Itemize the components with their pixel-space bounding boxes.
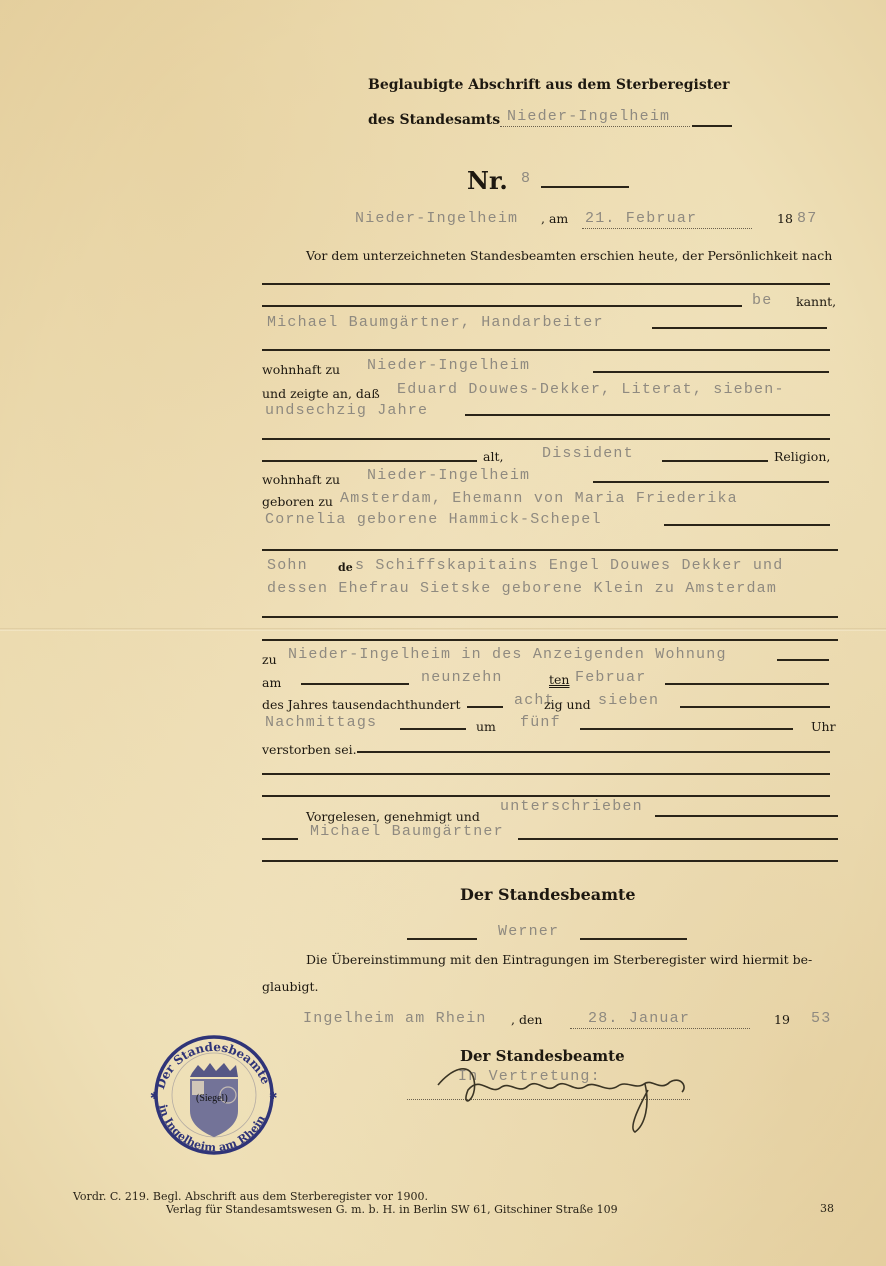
parents-line2: dessen Ehefrau Sietske geborene Klein zu… <box>267 580 777 597</box>
rule-22 <box>357 751 830 753</box>
rule-26 <box>262 838 298 840</box>
hour-value: fünf <box>520 714 561 731</box>
rule-29 <box>407 938 477 940</box>
rule-19 <box>680 706 830 708</box>
svg-text:✱: ✱ <box>269 1091 277 1102</box>
nr-rule <box>541 186 629 188</box>
rule-12 <box>262 549 838 551</box>
rule-17 <box>665 683 829 685</box>
document-title: Beglaubigte Abschrift aus dem Sterberegi… <box>368 77 730 93</box>
informant-residence: Nieder-Ingelheim <box>367 357 530 374</box>
rule-1 <box>262 283 830 285</box>
rule-27 <box>518 838 838 840</box>
svg-text:✱: ✱ <box>150 1091 158 1102</box>
year-value-c: sieben <box>598 692 659 709</box>
date-dotline <box>582 228 752 229</box>
rule-3 <box>652 327 827 329</box>
born-line2: Cornelia geborene Hammick-Schepel <box>265 511 602 528</box>
year-value-b: zig und <box>544 697 591 712</box>
announce-label: und zeigte an, daß <box>262 386 380 401</box>
office-label: des Standesamts <box>368 112 500 128</box>
official-seal: Der Standesbeamte in Ingelheim am Rhein … <box>138 1033 290 1157</box>
office-dotline <box>500 126 690 127</box>
year-suffix: 87 <box>797 210 817 227</box>
paper-fold <box>0 628 886 631</box>
rule-21 <box>580 728 793 730</box>
kannt-label: kannt, <box>796 294 836 309</box>
registrar-title: Der Standesbeamte <box>460 885 636 904</box>
year-prefix: 18 <box>777 211 793 226</box>
be-value: be <box>752 292 772 309</box>
religion-value: Dissident <box>542 445 634 462</box>
born-line1: Amsterdam, Ehemann von Maria Friederika <box>340 490 738 507</box>
office-value: Nieder-Ingelheim <box>507 108 670 125</box>
office-rule <box>692 125 732 127</box>
deceased-residence-label: wohnhaft zu <box>262 472 340 487</box>
rule-20 <box>400 728 466 730</box>
rule-6 <box>465 414 830 416</box>
rule-25 <box>655 815 838 817</box>
rule-8 <box>262 460 477 462</box>
time-value: Nachmittags <box>265 714 377 731</box>
rule-4 <box>262 349 830 351</box>
rule-13 <box>262 616 838 618</box>
son-value: Sohn <box>267 557 308 574</box>
religion-label: Religion, <box>774 449 830 464</box>
rule-16 <box>301 683 409 685</box>
death-month: Februar <box>575 669 646 686</box>
death-place: Nieder-Ingelheim in des Anzeigenden Wohn… <box>288 646 727 663</box>
ten-label: ten <box>549 672 569 687</box>
death-day: neunzehn <box>421 669 503 686</box>
den-label: , den <box>511 1012 542 1027</box>
form-line: Vordr. C. 219. Begl. Abschrift aus dem S… <box>73 1190 428 1203</box>
read-label: Vorgelesen, genehmigt und <box>306 809 480 824</box>
des-label: de <box>338 561 353 574</box>
deceased-line1: Eduard Douwes-Dekker, Literat, sieben- <box>397 381 785 398</box>
signer-name: Michael Baumgärtner <box>310 823 504 840</box>
rule-24 <box>262 795 830 797</box>
certification-date: 28. Januar <box>588 1010 690 1027</box>
certification-text-2: glaubigt. <box>262 979 319 994</box>
registration-date: 21. Februar <box>585 210 697 227</box>
page-number: 38 <box>820 1202 834 1215</box>
rule-30 <box>580 938 687 940</box>
deceased-residence: Nieder-Ingelheim <box>367 467 530 484</box>
uhr-label: Uhr <box>811 719 836 734</box>
rule-9 <box>662 460 768 462</box>
am-label: , am <box>541 211 568 226</box>
year-label: des Jahres tausendachthundert <box>262 697 461 712</box>
read-value: unterschrieben <box>500 798 643 815</box>
rule-28 <box>262 860 838 862</box>
signature-scribble <box>430 1050 700 1140</box>
rule-5 <box>593 371 829 373</box>
crown-icon <box>190 1063 238 1077</box>
closing-text: verstorben sei. <box>262 742 357 757</box>
rule-14 <box>262 639 838 641</box>
informant-name: Michael Baumgärtner, Handarbeiter <box>267 314 604 331</box>
intro-text: Vor dem unterzeichneten Standesbeamten e… <box>306 248 832 263</box>
alt-label: alt, <box>483 449 503 464</box>
certification-text-1: Die Übereinstimmung mit den Eintragungen… <box>306 952 812 967</box>
registration-place: Nieder-Ingelheim <box>355 210 518 227</box>
rule-7 <box>262 438 830 440</box>
death-place-label: zu <box>262 652 277 667</box>
rule-10 <box>593 481 829 483</box>
rule-2 <box>262 305 742 307</box>
nr-value: 8 <box>521 170 531 187</box>
cert-date-dotline <box>570 1028 750 1029</box>
informant-residence-label: wohnhaft zu <box>262 362 340 377</box>
certification-place: Ingelheim am Rhein <box>303 1010 487 1027</box>
um-label: um <box>476 719 496 734</box>
parents-line1: s Schiffskapitains Engel Douwes Dekker u… <box>355 557 783 574</box>
publisher-line: Verlag für Standesamtswesen G. m. b. H. … <box>166 1203 618 1216</box>
svg-text:(Siegel): (Siegel) <box>196 1093 228 1104</box>
rule-18 <box>467 706 503 708</box>
cert-year-prefix: 19 <box>774 1012 790 1027</box>
nr-label: Nr. <box>467 166 508 195</box>
deceased-line2: undsechzig Jahre <box>265 402 428 419</box>
rule-11 <box>664 524 830 526</box>
rule-15 <box>777 659 829 661</box>
rule-23 <box>262 773 830 775</box>
death-date-label: am <box>262 675 281 690</box>
born-label: geboren zu <box>262 494 333 509</box>
registrar-name: Werner <box>498 923 559 940</box>
cert-year-suffix: 53 <box>811 1010 831 1027</box>
